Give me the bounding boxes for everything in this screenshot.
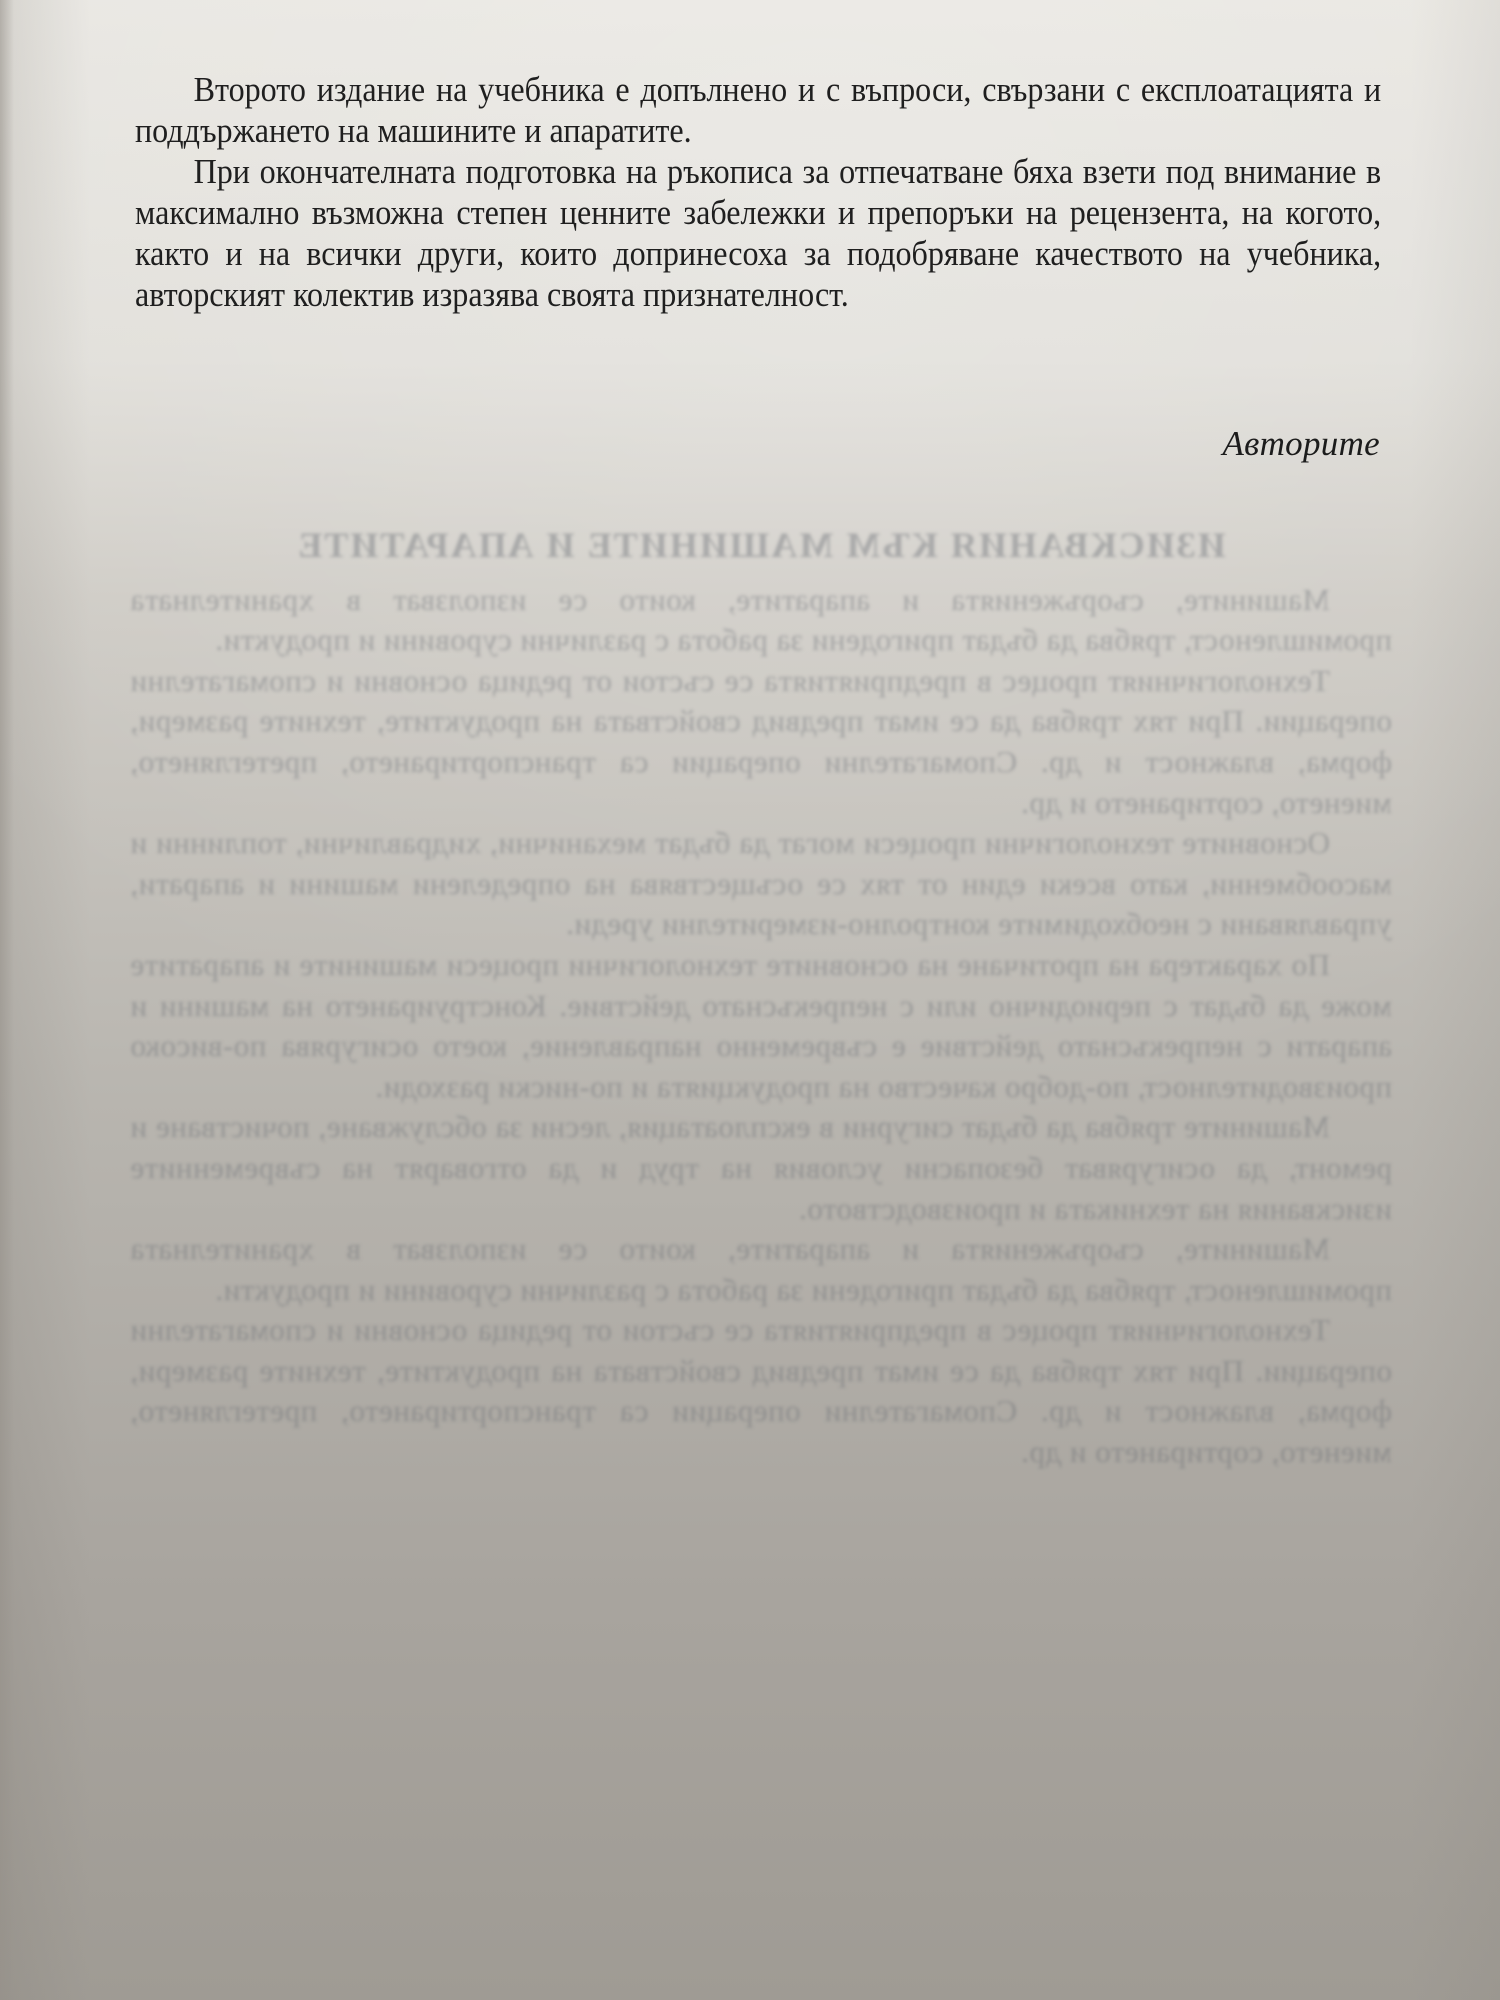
bleed-through-paragraph: Технологичният процес в предприятията се… xyxy=(130,1310,1392,1472)
bleed-through-paragraph: Машините трябва да бъдат сигурни в експл… xyxy=(130,1107,1392,1229)
bleed-through-text: ИЗИСКВАНИЯ КЪМ МАШИНИТЕ И АПАРАТИТЕ Маши… xyxy=(130,525,1392,2000)
page-edge xyxy=(0,0,14,2000)
bleed-through-paragraph: Технологичният процес в предприятията се… xyxy=(130,661,1392,823)
preface-text: Второто издание на учебника е допълнено … xyxy=(135,70,1381,316)
bleed-through-paragraph: Основните технологични процеси могат да … xyxy=(130,823,1392,945)
paragraph-second-edition: Второто издание на учебника е допълнено … xyxy=(135,70,1381,152)
bleed-through-paragraph: По характера на протичане на основните т… xyxy=(130,945,1392,1107)
bleed-through-paragraph: Машините, съоръженията и апаратите, коит… xyxy=(130,580,1392,661)
bleed-through-title: ИЗИСКВАНИЯ КЪМ МАШИНИТЕ И АПАРАТИТЕ xyxy=(130,525,1392,566)
signature-authors: Авторите xyxy=(1222,424,1380,464)
bleed-through-paragraph: Машините, съоръженията и апаратите, коит… xyxy=(130,1229,1392,1310)
paragraph-acknowledgement: При окончателната подготовка на ръкописа… xyxy=(135,152,1381,316)
